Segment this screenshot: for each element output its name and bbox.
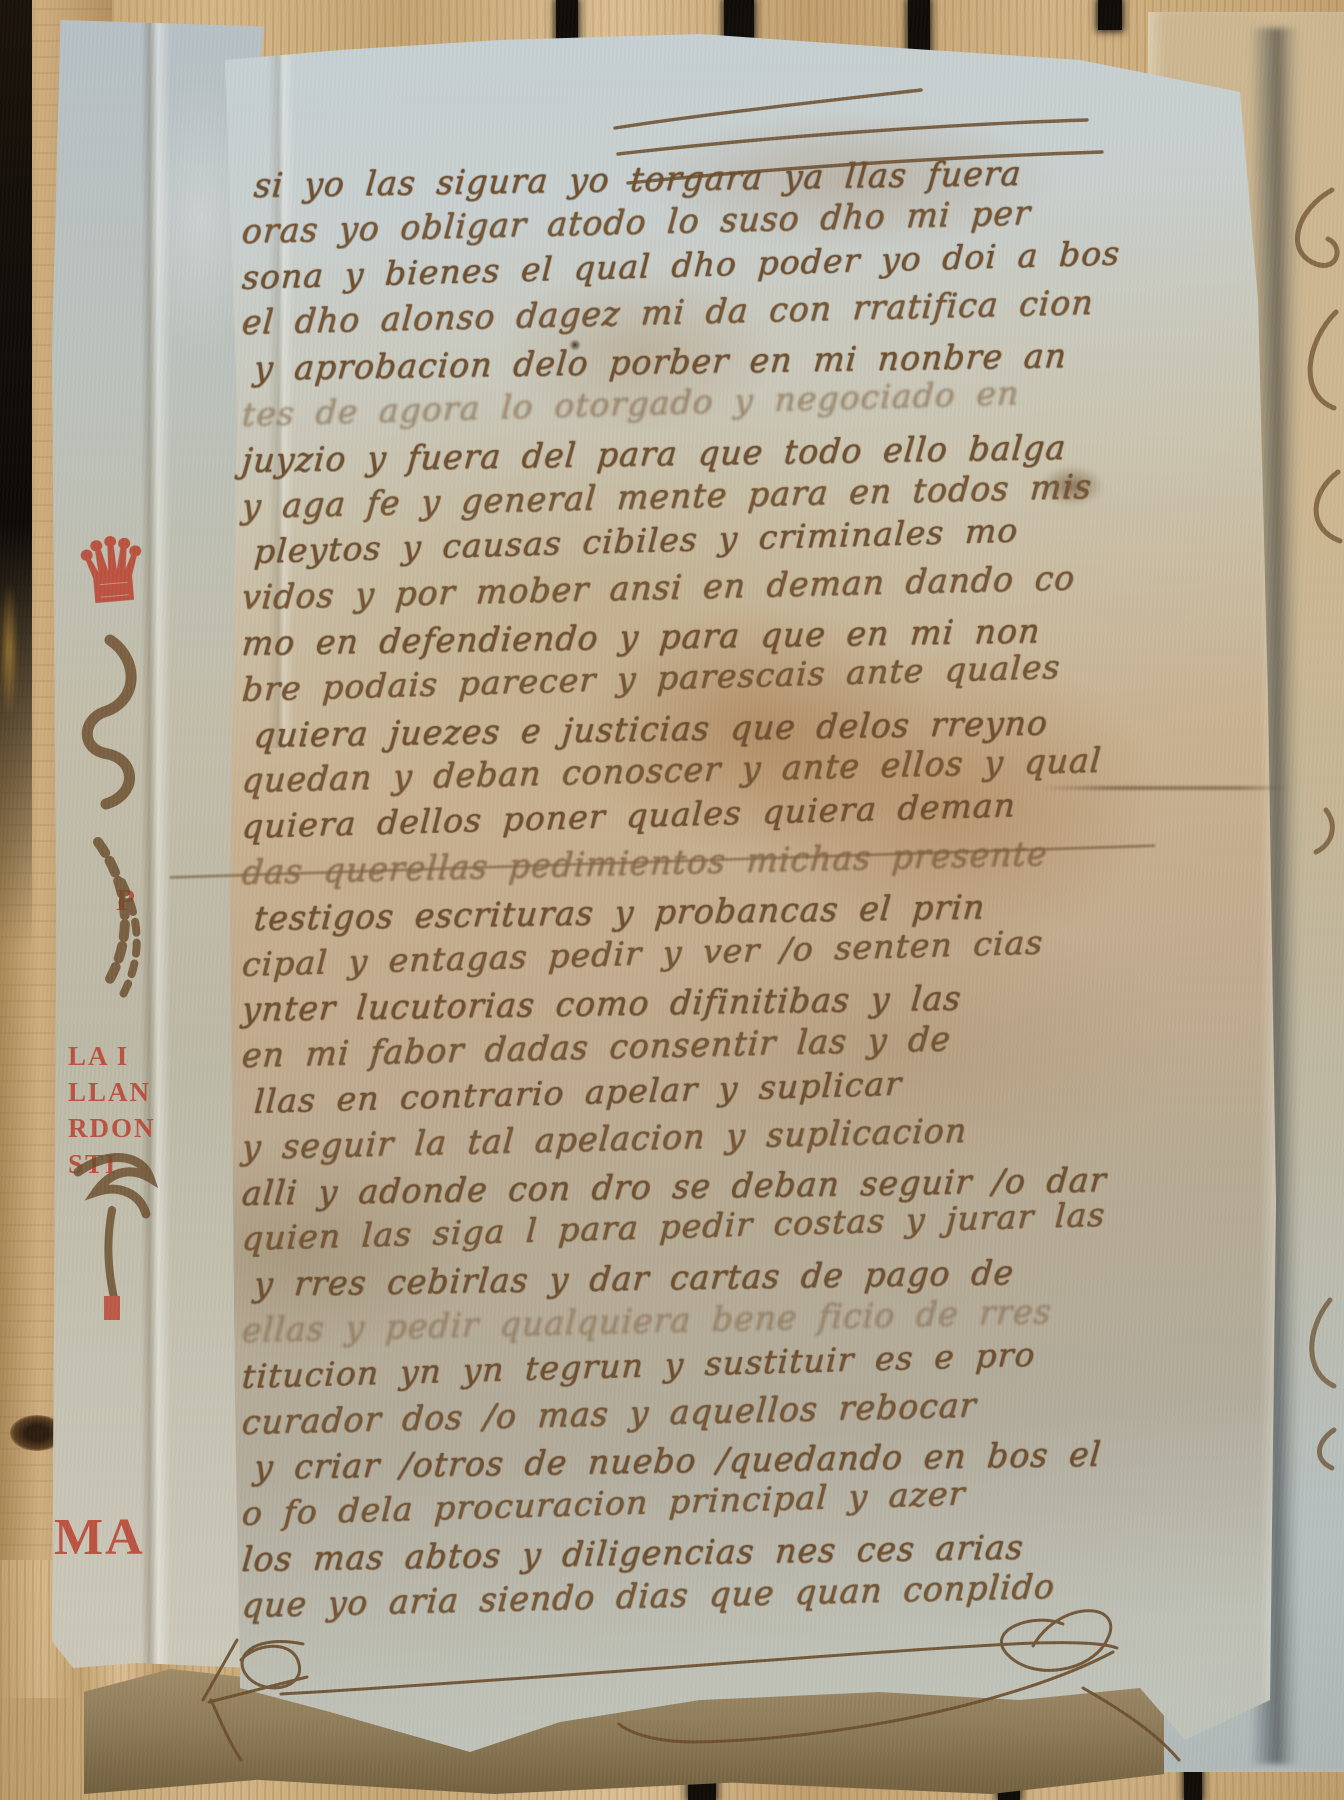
plank-gap — [1098, 0, 1122, 30]
manuscript-line-21: llas en contrario apelar y suplicar — [253, 1066, 903, 1120]
manuscript-line-28: curador dos /o mas y aquellos rebocar — [241, 1388, 979, 1442]
manuscript-photo-scene: ♛ P LA I LLAN RDON STI MA — [0, 0, 1344, 1800]
stamp-text-fragment: LLAN — [68, 1079, 151, 1106]
stamp-letters-ma: MA — [54, 1512, 145, 1564]
manuscript-line-29: y criar /otros de nuebo /quedando en bos… — [252, 1437, 1103, 1487]
manuscript-line-22: y seguir la tal apelacion y suplicacion — [241, 1113, 969, 1166]
manuscript-text: si yo las sigura yo torgara ya llas fuer… — [242, 168, 1152, 1638]
rubric-flourish — [195, 1582, 1200, 1797]
metal-glint — [0, 580, 18, 720]
shadow-gap-left — [0, 0, 32, 950]
tassel-stamp-icon — [70, 1148, 160, 1328]
crown-stamp-icon: ♛ — [70, 525, 156, 618]
stamp-text-fragment: RDON — [68, 1115, 156, 1142]
scrollwork-stamp-icon — [76, 632, 166, 1068]
manuscript-line-16: das querellas pedimientos michas present… — [241, 836, 1050, 891]
manuscript-line-10: vidos y por mober ansi en deman dando co — [241, 560, 1077, 616]
